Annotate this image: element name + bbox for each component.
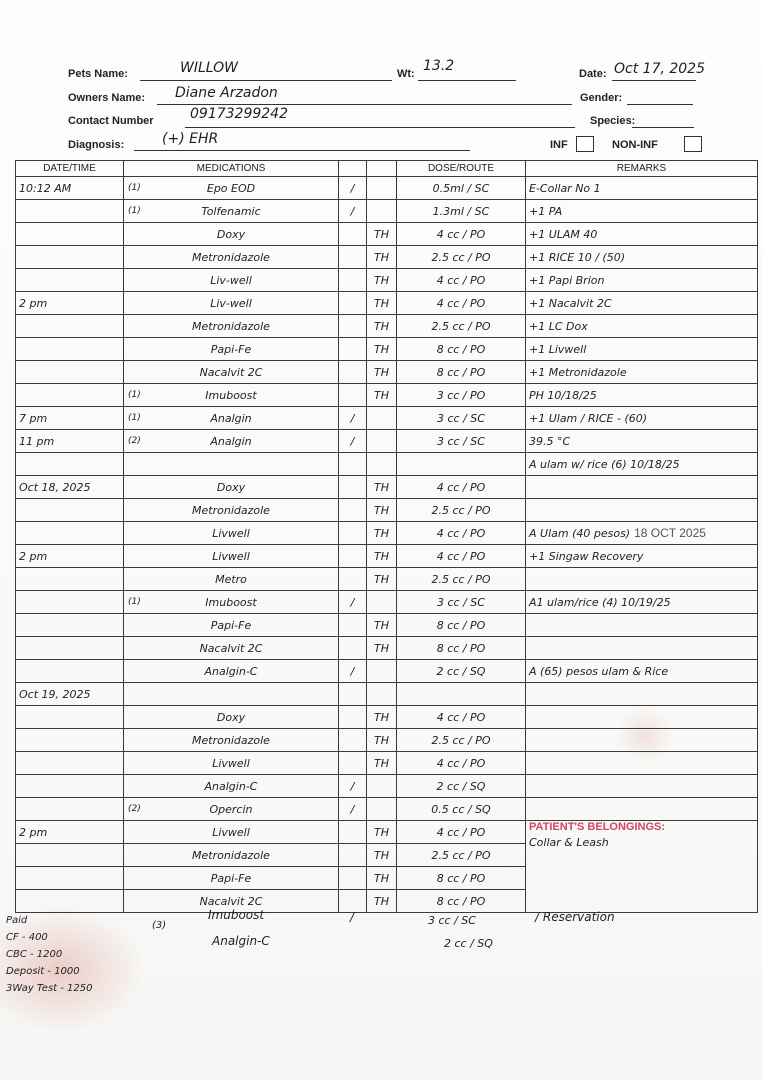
given-check-cell[interactable]	[339, 246, 367, 269]
remark-text: +1 Ulam / RICE - (60)	[529, 412, 647, 425]
th-cell[interactable]	[367, 200, 397, 223]
date-time-cell[interactable]	[16, 246, 124, 269]
payment-item: 3Way Test - 1250	[6, 980, 93, 997]
dose-count: (1)	[128, 597, 141, 607]
medication-name: Livwell	[212, 550, 250, 563]
table-row: 7 pm(1)Analgin/3 cc / SC+1 Ulam / RICE -…	[16, 407, 758, 430]
dose-count: (2)	[128, 436, 141, 446]
date-time-cell[interactable]: Oct 19, 2025	[16, 683, 124, 706]
table-row: Oct 18, 2025DoxyTH4 cc / PO	[16, 476, 758, 499]
table-row: LivwellTH4 cc / PO	[16, 752, 758, 775]
medication-name: Analgin	[210, 412, 251, 425]
medication-name: Tolfenamic	[201, 205, 260, 218]
remark-text: 39.5 °C	[529, 435, 570, 448]
medication-cell[interactable]: (1)Tolfenamic	[124, 200, 339, 223]
remark-text: +1 Metronidazole	[529, 366, 627, 379]
dose-route-cell[interactable]: 0.5 cc / SQ	[397, 798, 526, 821]
table-row: 10:12 AM(1)Epo EOD/0.5ml / SCE-Collar No…	[16, 177, 758, 200]
gender-label: Gender:	[580, 92, 622, 104]
th-cell[interactable]: TH	[367, 545, 397, 568]
date-label: Date:	[579, 68, 607, 80]
dose-route-cell[interactable]: 4 cc / PO	[397, 752, 526, 775]
below-num: (3)	[152, 920, 166, 931]
table-row: (1)ImuboostTH3 cc / POPH 10/18/25	[16, 384, 758, 407]
remarks-cell[interactable]: +1 LC Dox	[526, 315, 758, 338]
table-row: Nacalvit 2CTH8 cc / PO+1 Metronidazole	[16, 361, 758, 384]
remarks-cell[interactable]	[526, 752, 758, 775]
table-row: DoxyTH4 cc / PO	[16, 706, 758, 729]
medication-cell[interactable]: Nacalvit 2C	[124, 637, 339, 660]
th-cell[interactable]	[367, 660, 397, 683]
medication-name: Papi-Fe	[211, 619, 251, 632]
medication-name: Analgin-C	[205, 665, 258, 678]
th-cell[interactable]: TH	[367, 338, 397, 361]
th-cell[interactable]: TH	[367, 706, 397, 729]
table-row: (1)Tolfenamic/1.3ml / SC+1 PA	[16, 200, 758, 223]
owners-name-field[interactable]: Diane Arzadon	[175, 85, 278, 101]
dose-route-cell[interactable]: 8 cc / PO	[397, 867, 526, 890]
medication-cell[interactable]: Metronidazole	[124, 499, 339, 522]
medication-name: Livwell	[212, 826, 250, 839]
date-time-cell[interactable]	[16, 890, 124, 913]
th-cell[interactable]: TH	[367, 637, 397, 660]
medication-name: Epo EOD	[207, 182, 255, 195]
date-time-cell[interactable]	[16, 614, 124, 637]
table-row: (2)Opercin/0.5 cc / SQ	[16, 798, 758, 821]
given-check-cell[interactable]	[339, 729, 367, 752]
th-cell[interactable]: TH	[367, 867, 397, 890]
payment-item: Deposit - 1000	[6, 963, 93, 980]
dose-route-cell[interactable]: 4 cc / PO	[397, 522, 526, 545]
th-cell[interactable]: TH	[367, 821, 397, 844]
remarks-cell[interactable]: E-Collar No 1	[526, 177, 758, 200]
medication-cell[interactable]: Papi-Fe	[124, 614, 339, 637]
remarks-cell[interactable]	[526, 775, 758, 798]
dose-route-cell[interactable]: 2.5 cc / PO	[397, 315, 526, 338]
medication-cell[interactable]: (2)Analgin	[124, 430, 339, 453]
dose-route-cell[interactable]: 4 cc / PO	[397, 706, 526, 729]
remark-text: +1 RICE 10 / (50)	[529, 251, 625, 264]
dose-route-cell[interactable]: 1.3ml / SC	[397, 200, 526, 223]
dose-route-cell[interactable]: 4 cc / PO	[397, 821, 526, 844]
date-time-cell[interactable]: 11 pm	[16, 430, 124, 453]
remarks-cell[interactable]	[526, 706, 758, 729]
table-header-row: DATE/TIME MEDICATIONS DOSE/ROUTE REMARKS	[16, 161, 758, 177]
th-cell[interactable]: TH	[367, 361, 397, 384]
date-time-cell[interactable]: 2 pm	[16, 292, 124, 315]
inf-checkbox[interactable]	[576, 136, 594, 152]
col-header-th	[367, 161, 397, 177]
given-check-cell[interactable]	[339, 683, 367, 706]
given-check-cell[interactable]	[339, 706, 367, 729]
remark-text: +1 Singaw Recovery	[529, 550, 643, 563]
date-time-cell[interactable]	[16, 798, 124, 821]
dose-route-cell[interactable]: 8 cc / PO	[397, 637, 526, 660]
th-cell[interactable]	[367, 683, 397, 706]
medication-name: Metronidazole	[192, 504, 270, 517]
medication-name: Opercin	[209, 803, 252, 816]
dose-route-cell[interactable]: 2.5 cc / PO	[397, 729, 526, 752]
th-cell[interactable]: TH	[367, 292, 397, 315]
medication-cell[interactable]: Metronidazole	[124, 315, 339, 338]
remarks-cell[interactable]	[526, 637, 758, 660]
dose-route-cell[interactable]: 8 cc / PO	[397, 361, 526, 384]
table-row: Papi-FeTH8 cc / PO+1 Livwell	[16, 338, 758, 361]
medication-cell[interactable]: Metronidazole	[124, 844, 339, 867]
table-row: MetroTH2.5 cc / PO	[16, 568, 758, 591]
species-label: Species:	[590, 115, 635, 127]
given-check-cell[interactable]	[339, 292, 367, 315]
remarks-cell[interactable]	[526, 568, 758, 591]
medication-name: Liv-well	[210, 297, 252, 310]
dose-route-cell[interactable]: 8 cc / PO	[397, 614, 526, 637]
th-cell[interactable]: TH	[367, 614, 397, 637]
dose-route-cell[interactable]: 2.5 cc / PO	[397, 499, 526, 522]
col-header-date-time: DATE/TIME	[16, 161, 124, 177]
th-cell[interactable]: TH	[367, 223, 397, 246]
remark-text: +1 ULAM 40	[529, 228, 597, 241]
dose-route-cell[interactable]: 2.5 cc / PO	[397, 568, 526, 591]
remarks-cell[interactable]: 39.5 °C	[526, 430, 758, 453]
dose-count: (1)	[128, 413, 141, 423]
date-time-cell[interactable]	[16, 729, 124, 752]
given-check-cell[interactable]	[339, 315, 367, 338]
medication-cell[interactable]: Analgin-C	[124, 660, 339, 683]
remarks-cell[interactable]: A Ulam (40 pesos)18 OCT 2025	[526, 522, 758, 545]
given-check-cell[interactable]	[339, 476, 367, 499]
given-check-cell[interactable]	[339, 867, 367, 890]
col-header-remarks: REMARKS	[526, 161, 758, 177]
remark-text: PH 10/18/25	[529, 389, 597, 402]
medication-name: Metronidazole	[192, 734, 270, 747]
dose-route-cell[interactable]: 4 cc / PO	[397, 545, 526, 568]
date-time-cell[interactable]	[16, 706, 124, 729]
dose-route-cell[interactable]: 0.5ml / SC	[397, 177, 526, 200]
payment-item: CBC - 1200	[6, 946, 93, 963]
given-check-cell[interactable]	[339, 499, 367, 522]
contact-field[interactable]: 09173299242	[190, 106, 288, 122]
col-header-check	[339, 161, 367, 177]
th-cell[interactable]: TH	[367, 522, 397, 545]
remarks-cell[interactable]: +1 Ulam / RICE - (60)	[526, 407, 758, 430]
medication-name: Papi-Fe	[211, 872, 251, 885]
table-body: 10:12 AM(1)Epo EOD/0.5ml / SCE-Collar No…	[16, 177, 758, 913]
th-cell[interactable]: TH	[367, 729, 397, 752]
medication-name: Doxy	[217, 228, 245, 241]
table-row: 11 pm(2)Analgin/3 cc / SC39.5 °C	[16, 430, 758, 453]
date-time-cell[interactable]	[16, 223, 124, 246]
medication-cell[interactable]: Doxy	[124, 706, 339, 729]
date-time-cell[interactable]	[16, 591, 124, 614]
date-time-cell[interactable]	[16, 752, 124, 775]
th-cell[interactable]	[367, 591, 397, 614]
inf-label: INF	[550, 139, 568, 151]
given-check-cell[interactable]	[339, 614, 367, 637]
date-time-cell[interactable]	[16, 453, 124, 476]
dose-route-cell[interactable]: 3 cc / SC	[397, 407, 526, 430]
medication-cell[interactable]: (1)Imuboost	[124, 384, 339, 407]
given-check-cell[interactable]	[339, 269, 367, 292]
remarks-cell[interactable]	[526, 729, 758, 752]
date-time-cell[interactable]: 10:12 AM	[16, 177, 124, 200]
medication-name: Nacalvit 2C	[200, 366, 263, 379]
remarks-cell[interactable]	[526, 614, 758, 637]
remarks-cell[interactable]: A1 ulam/rice (4) 10/19/25	[526, 591, 758, 614]
pets-name-label: Pets Name:	[68, 68, 128, 80]
given-check-cell[interactable]	[339, 637, 367, 660]
table-row: LivwellTH4 cc / POA Ulam (40 pesos)18 OC…	[16, 522, 758, 545]
medication-cell[interactable]	[124, 453, 339, 476]
table-row: Liv-wellTH4 cc / PO+1 Papi Brion	[16, 269, 758, 292]
date-time-cell[interactable]	[16, 867, 124, 890]
given-check-cell[interactable]	[339, 545, 367, 568]
medication-cell[interactable]: Nacalvit 2C	[124, 361, 339, 384]
remark-text: +1 Livwell	[529, 343, 586, 356]
th-cell[interactable]: TH	[367, 568, 397, 591]
medication-cell[interactable]: Livwell	[124, 752, 339, 775]
table-row: Nacalvit 2CTH8 cc / PO	[16, 637, 758, 660]
col-header-medications: MEDICATIONS	[124, 161, 339, 177]
remarks-cell[interactable]	[526, 798, 758, 821]
medication-name: Metronidazole	[192, 251, 270, 264]
date-time-cell[interactable]	[16, 522, 124, 545]
table-row: 2 pmLivwellTH4 cc / POPATIENT'S BELONGIN…	[16, 821, 758, 844]
dose-route-cell[interactable]: 2 cc / SQ	[397, 660, 526, 683]
date-time-cell[interactable]	[16, 775, 124, 798]
remarks-cell[interactable]: +1 PA	[526, 200, 758, 223]
dose-count: (1)	[128, 183, 141, 193]
th-cell[interactable]	[367, 430, 397, 453]
table-row: Analgin-C/2 cc / SQA (65) pesos ulam & R…	[16, 660, 758, 683]
date-time-cell[interactable]	[16, 568, 124, 591]
medication-record-table: DATE/TIME MEDICATIONS DOSE/ROUTE REMARKS…	[15, 160, 758, 913]
non-inf-checkbox[interactable]	[684, 136, 702, 152]
th-cell[interactable]: TH	[367, 752, 397, 775]
given-check-cell[interactable]: /	[339, 775, 367, 798]
date-time-cell[interactable]: Oct 18, 2025	[16, 476, 124, 499]
dose-route-cell[interactable]: 4 cc / PO	[397, 269, 526, 292]
table-row: MetronidazoleTH2.5 cc / PO+1 RICE 10 / (…	[16, 246, 758, 269]
table-row: Papi-FeTH8 cc / PO	[16, 614, 758, 637]
remarks-cell[interactable]: +1 Livwell	[526, 338, 758, 361]
medication-cell[interactable]	[124, 683, 339, 706]
given-check-cell[interactable]	[339, 361, 367, 384]
date-time-cell[interactable]	[16, 384, 124, 407]
table-row: DoxyTH4 cc / PO+1 ULAM 40	[16, 223, 758, 246]
th-cell[interactable]: TH	[367, 844, 397, 867]
medication-cell[interactable]: Metronidazole	[124, 729, 339, 752]
medication-cell[interactable]: Papi-Fe	[124, 867, 339, 890]
below-med-1: Imuboost	[208, 908, 264, 922]
th-cell[interactable]	[367, 798, 397, 821]
remarks-cell[interactable]	[526, 476, 758, 499]
remarks-cell[interactable]: +1 Singaw Recovery	[526, 545, 758, 568]
date-time-cell[interactable]	[16, 844, 124, 867]
given-check-cell[interactable]	[339, 752, 367, 775]
date-time-cell[interactable]	[16, 200, 124, 223]
given-check-cell[interactable]: /	[339, 177, 367, 200]
remarks-cell[interactable]: +1 Nacalvit 2C	[526, 292, 758, 315]
dose-route-cell[interactable]	[397, 453, 526, 476]
dose-route-cell[interactable]: 4 cc / PO	[397, 223, 526, 246]
medication-cell[interactable]: (2)Opercin	[124, 798, 339, 821]
th-cell[interactable]	[367, 407, 397, 430]
remarks-cell[interactable]: +1 Papi Brion	[526, 269, 758, 292]
medication-name: Livwell	[212, 757, 250, 770]
medication-name: Analgin-C	[205, 780, 258, 793]
given-check-cell[interactable]	[339, 338, 367, 361]
table-row: 2 pmLivwellTH4 cc / PO+1 Singaw Recovery	[16, 545, 758, 568]
th-cell[interactable]: TH	[367, 384, 397, 407]
given-check-cell[interactable]: /	[339, 591, 367, 614]
medication-cell[interactable]: Analgin-C	[124, 775, 339, 798]
medication-name: Nacalvit 2C	[200, 642, 263, 655]
given-check-cell[interactable]: /	[339, 200, 367, 223]
medication-name: Nacalvit 2C	[200, 895, 263, 908]
table-row: Analgin-C/2 cc / SQ	[16, 775, 758, 798]
below-remark: / Reservation	[535, 910, 615, 924]
dose-route-cell[interactable]: 2.5 cc / PO	[397, 844, 526, 867]
given-check-cell[interactable]	[339, 844, 367, 867]
medication-cell[interactable]: Liv-well	[124, 269, 339, 292]
date-time-cell[interactable]: 7 pm	[16, 407, 124, 430]
medication-name: Metronidazole	[192, 320, 270, 333]
given-check-cell[interactable]	[339, 453, 367, 476]
dose-route-cell[interactable]: 3 cc / PO	[397, 384, 526, 407]
non-inf-label: NON-INF	[612, 139, 658, 151]
given-check-cell[interactable]: /	[339, 798, 367, 821]
payment-title: Paid	[6, 912, 93, 929]
remark-text: +1 PA	[529, 205, 562, 218]
medication-name: Imuboost	[205, 596, 256, 609]
medication-cell[interactable]: Liv-well	[124, 292, 339, 315]
below-dose-1: 3 cc / SC	[428, 914, 476, 927]
payment-item: CF - 400	[6, 929, 93, 946]
given-check-cell[interactable]	[339, 568, 367, 591]
given-check-cell[interactable]	[339, 223, 367, 246]
medication-name: Liv-well	[210, 274, 252, 287]
medication-cell[interactable]: Metro	[124, 568, 339, 591]
remarks-cell[interactable]: +1 RICE 10 / (50)	[526, 246, 758, 269]
remarks-cell[interactable]: +1 ULAM 40	[526, 223, 758, 246]
date-time-cell[interactable]	[16, 269, 124, 292]
remark-text: A ulam w/ rice (6) 10/18/25	[529, 458, 680, 471]
medication-name: Metro	[215, 573, 247, 586]
date-time-cell[interactable]: 2 pm	[16, 821, 124, 844]
medication-name: Doxy	[217, 481, 245, 494]
date-time-cell[interactable]	[16, 499, 124, 522]
medication-name: Metronidazole	[192, 849, 270, 862]
remark-text: A (65) pesos ulam & Rice	[529, 665, 668, 678]
date-time-cell[interactable]	[16, 637, 124, 660]
given-check-cell[interactable]	[339, 522, 367, 545]
dose-route-cell[interactable]: 2 cc / SQ	[397, 775, 526, 798]
patient-belongings-cell[interactable]: PATIENT'S BELONGINGS:Collar & Leash	[526, 821, 758, 913]
given-check-cell[interactable]: /	[339, 660, 367, 683]
dose-route-cell[interactable]: 3 cc / SC	[397, 430, 526, 453]
table-row: MetronidazoleTH2.5 cc / PO+1 LC Dox	[16, 315, 758, 338]
remarks-cell[interactable]: A (65) pesos ulam & Rice	[526, 660, 758, 683]
medication-cell[interactable]: (1)Imuboost	[124, 591, 339, 614]
given-check-cell[interactable]	[339, 384, 367, 407]
given-check-cell[interactable]: /	[339, 430, 367, 453]
medication-cell[interactable]: Papi-Fe	[124, 338, 339, 361]
table-row: A ulam w/ rice (6) 10/18/25	[16, 453, 758, 476]
medication-cell[interactable]: (1)Epo EOD	[124, 177, 339, 200]
given-check-cell[interactable]	[339, 821, 367, 844]
medication-name: Analgin	[210, 435, 251, 448]
medication-cell[interactable]: Doxy	[124, 223, 339, 246]
date-time-cell[interactable]: 2 pm	[16, 545, 124, 568]
remarks-cell[interactable]: A ulam w/ rice (6) 10/18/25	[526, 453, 758, 476]
dose-route-cell[interactable]: 4 cc / PO	[397, 292, 526, 315]
th-cell[interactable]: TH	[367, 499, 397, 522]
th-cell[interactable]: TH	[367, 269, 397, 292]
medication-name: Papi-Fe	[211, 343, 251, 356]
below-med-2: Analgin-C	[212, 934, 270, 948]
medication-cell[interactable]: Livwell	[124, 821, 339, 844]
dose-count: (2)	[128, 804, 141, 814]
table-row: (1)Imuboost/3 cc / SCA1 ulam/rice (4) 10…	[16, 591, 758, 614]
date-time-cell[interactable]	[16, 315, 124, 338]
dose-route-cell[interactable]: 8 cc / PO	[397, 890, 526, 913]
owners-name-label: Owners Name:	[68, 92, 145, 104]
th-cell[interactable]: TH	[367, 246, 397, 269]
medication-cell[interactable]: Doxy	[124, 476, 339, 499]
weight-field[interactable]: 13.2	[423, 58, 454, 74]
date-time-cell[interactable]	[16, 660, 124, 683]
th-cell[interactable]	[367, 775, 397, 798]
dose-count: (1)	[128, 206, 141, 216]
contact-label: Contact Number	[68, 115, 154, 127]
diagnosis-field[interactable]: (+) EHR	[162, 131, 218, 147]
payment-notes: Paid CF - 400 CBC - 1200 Deposit - 1000 …	[6, 912, 93, 997]
table-row: MetronidazoleTH2.5 cc / PO	[16, 499, 758, 522]
dose-route-cell[interactable]	[397, 683, 526, 706]
below-dose-2: 2 cc / SQ	[444, 937, 493, 950]
date-time-cell[interactable]	[16, 361, 124, 384]
dose-route-cell[interactable]: 4 cc / PO	[397, 476, 526, 499]
th-cell[interactable]: TH	[367, 315, 397, 338]
medication-cell[interactable]: Metronidazole	[124, 246, 339, 269]
date-field[interactable]: Oct 17, 2025	[614, 61, 705, 77]
th-cell[interactable]: TH	[367, 890, 397, 913]
pets-name-field[interactable]: WILLOW	[180, 60, 238, 76]
remark-text: A1 ulam/rice (4) 10/19/25	[529, 596, 671, 609]
medication-name: Imuboost	[205, 389, 256, 402]
medication-cell[interactable]: Livwell	[124, 545, 339, 568]
remarks-cell[interactable]: +1 Metronidazole	[526, 361, 758, 384]
dose-route-cell[interactable]: 8 cc / PO	[397, 338, 526, 361]
dose-route-cell[interactable]: 2.5 cc / PO	[397, 246, 526, 269]
given-check-cell[interactable]: /	[339, 407, 367, 430]
table-row: MetronidazoleTH2.5 cc / PO	[16, 729, 758, 752]
th-cell[interactable]: TH	[367, 476, 397, 499]
remarks-cell[interactable]	[526, 499, 758, 522]
dose-route-cell[interactable]: 3 cc / SC	[397, 591, 526, 614]
belongings-label: PATIENT'S BELONGINGS:	[529, 821, 754, 833]
th-cell[interactable]	[367, 177, 397, 200]
remarks-cell[interactable]	[526, 683, 758, 706]
remarks-cell[interactable]: PH 10/18/25	[526, 384, 758, 407]
th-cell[interactable]	[367, 453, 397, 476]
remark-text: A Ulam (40 pesos)	[529, 527, 630, 540]
table-row: Oct 19, 2025	[16, 683, 758, 706]
date-time-cell[interactable]	[16, 338, 124, 361]
medication-cell[interactable]: Livwell	[124, 522, 339, 545]
medication-cell[interactable]: (1)Analgin	[124, 407, 339, 430]
dose-count: (1)	[128, 390, 141, 400]
